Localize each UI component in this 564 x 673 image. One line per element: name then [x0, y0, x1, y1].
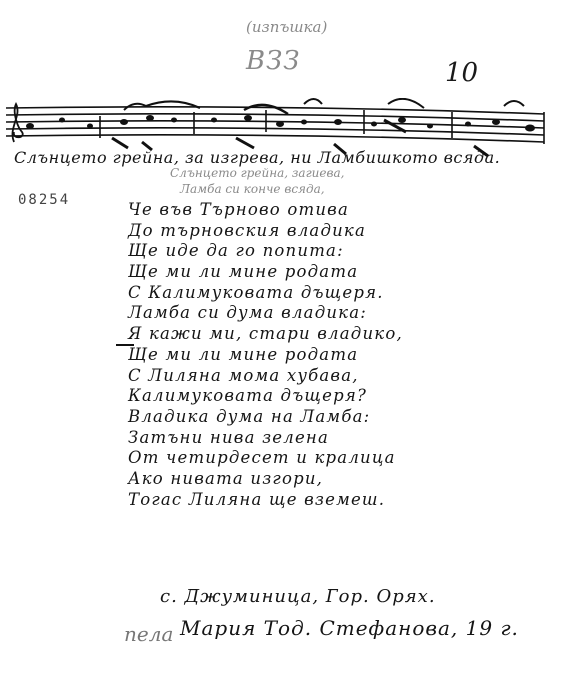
header-note: (изпъшка): [246, 18, 327, 36]
archive-number: 08254: [18, 192, 70, 208]
verse-line: Тогас Лиляна ще вземеш.: [128, 490, 403, 511]
verse-line: Ламба си дума владика:: [128, 303, 403, 324]
verse-line: С Калимуковата дъщеря.: [128, 283, 403, 304]
verse-line: Че във Търново отива: [128, 200, 403, 221]
verse-line: Ще иде да го попита:: [128, 241, 403, 262]
verse-line: Ако нивата изгори,: [128, 469, 403, 490]
verse-line: Калимуковата дъщеря?: [128, 386, 403, 407]
variant-line: Слънцето грейна, загиева,: [170, 166, 344, 180]
performer-name: Мария Тод. Стефанова, 19 г.: [180, 616, 519, 640]
verse-line: Ще ми ли мине родата: [128, 345, 403, 366]
page-number: 10: [445, 58, 478, 88]
verse-line: От четирдесет и кралица: [128, 448, 403, 469]
pencil-mark: пела: [124, 622, 173, 646]
verse-line: До търновския владика: [128, 221, 403, 242]
lyric-under-staff: Слънцето грейна, за изгрева, ни Ламбишко…: [14, 148, 500, 167]
collection-place: с. Джуминица, Гор. Орях.: [160, 586, 436, 607]
verse-line: Затъни нива зелена: [128, 428, 403, 449]
verse-line: С Лиляна мома хубава,: [128, 366, 403, 387]
verse-line: Владика дума на Ламба:: [128, 407, 403, 428]
catalog-signature: ВЗЗ: [246, 46, 301, 76]
variant-line: Ламба си конче всяда,: [180, 182, 325, 196]
verse-block: Че във Търново отива До търновския влади…: [128, 200, 403, 510]
verse-line: Я кажи ми, стари владико,: [128, 324, 403, 345]
verse-line: Ще ми ли мине родата: [128, 262, 403, 283]
